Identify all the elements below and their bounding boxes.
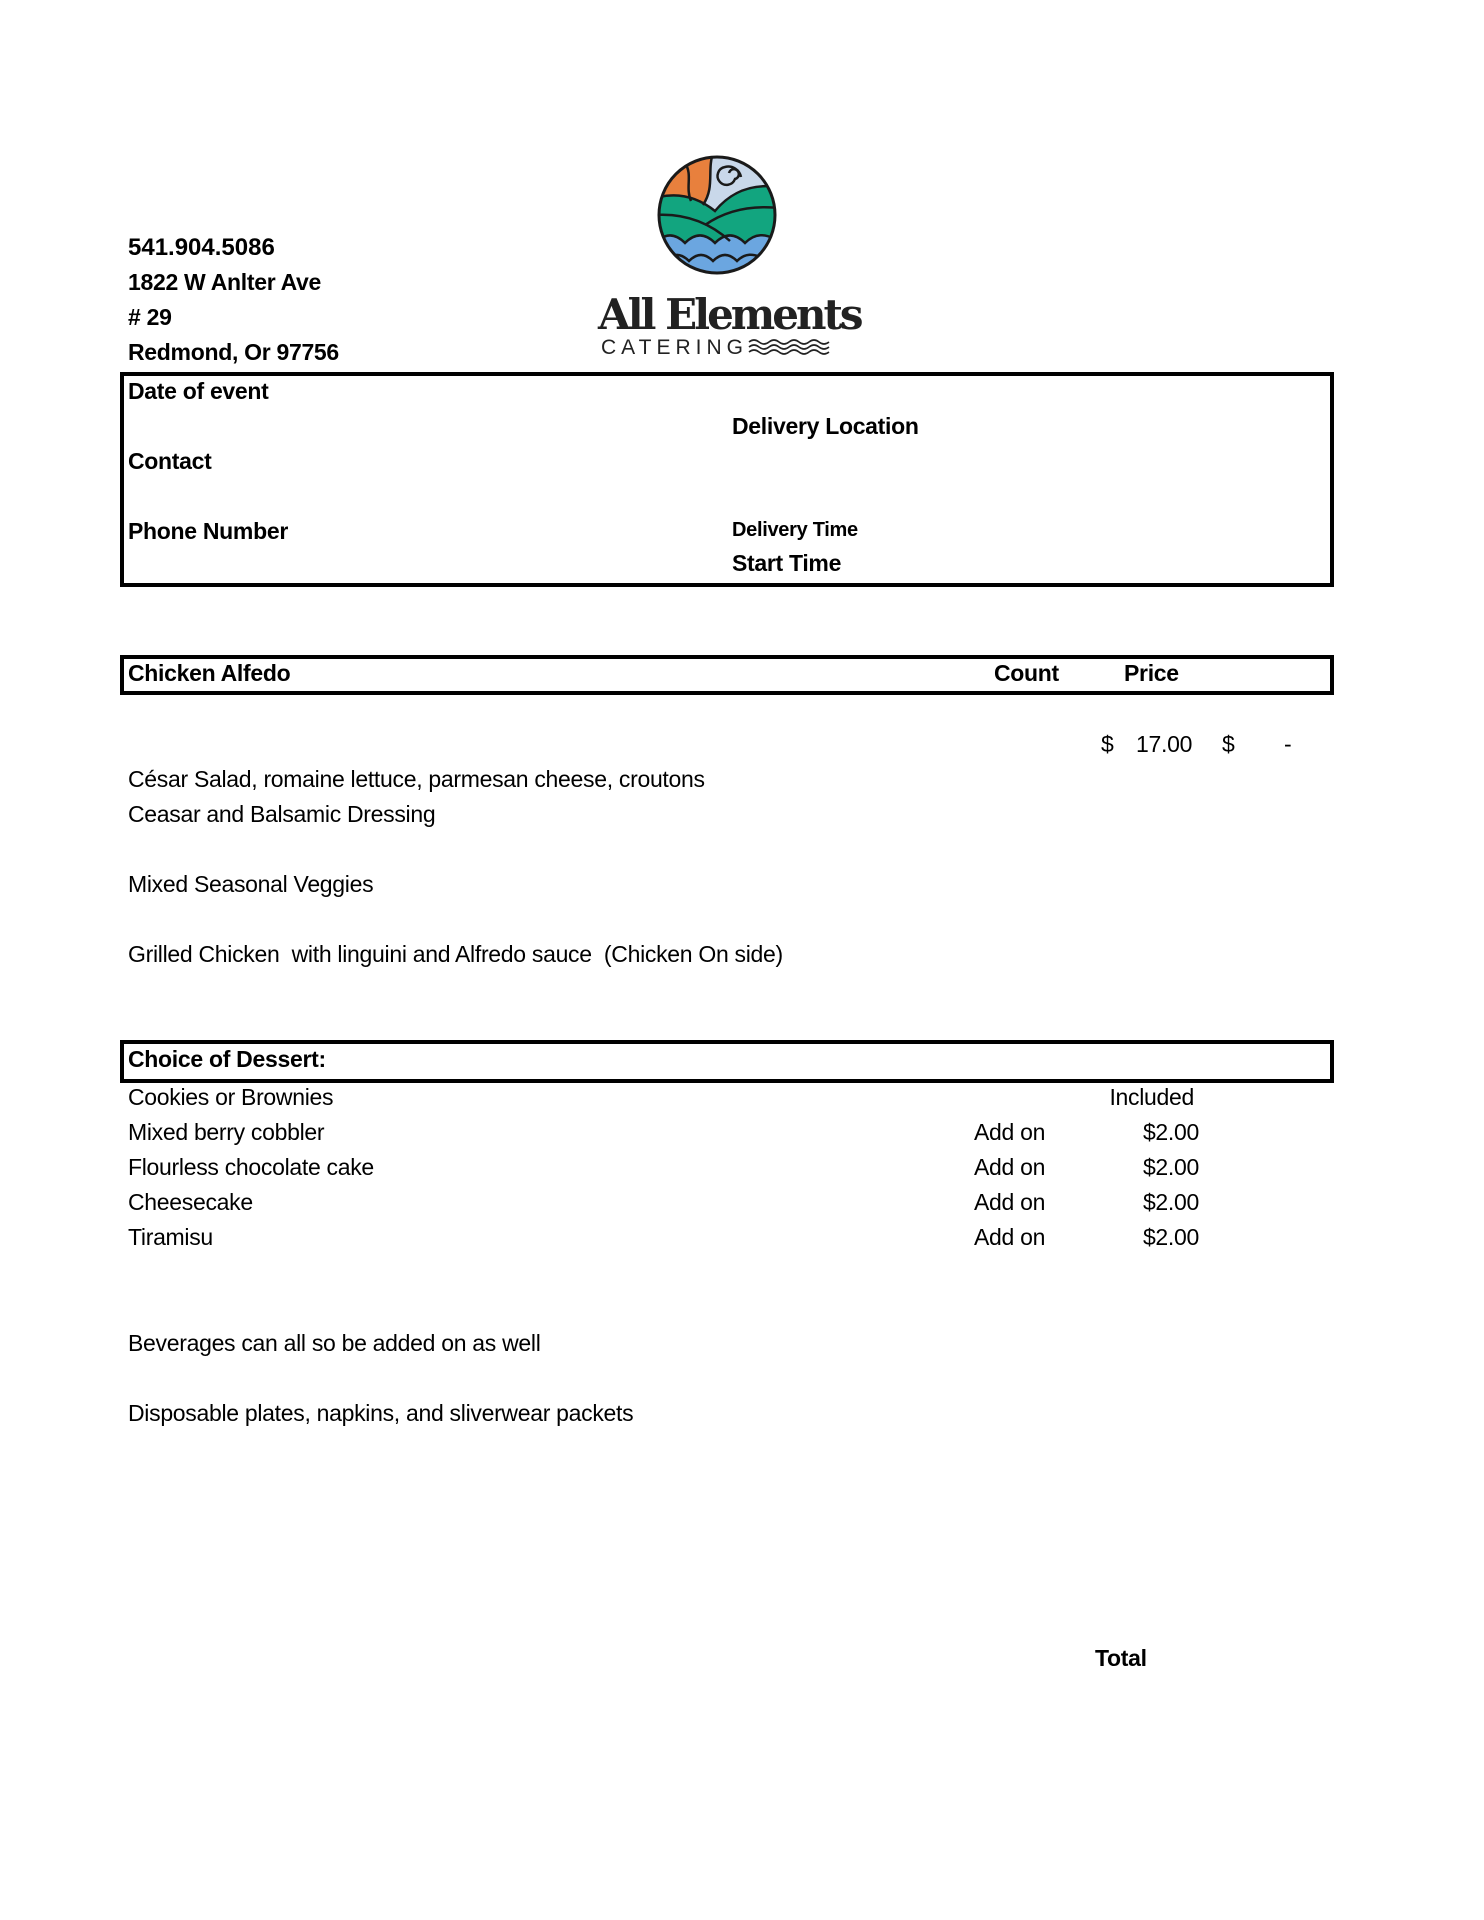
price-header: Price [1124,662,1179,685]
dessert-type: Add on [974,1226,1045,1249]
dessert-name: Tiramisu [128,1226,213,1249]
delivery-time-label: Delivery Time [732,520,858,540]
phone-number-label: Phone Number [128,520,288,543]
line-total-currency: $ [1222,733,1235,756]
price-currency: $ [1101,733,1114,756]
dessert-type: Add on [974,1191,1045,1214]
dessert-price: $2.00 [1080,1226,1199,1249]
dessert-price: $2.00 [1080,1121,1199,1144]
dessert-type: Add on [974,1156,1045,1179]
landscape-circle-logo-icon [655,153,779,277]
delivery-location-label: Delivery Location [732,415,919,438]
price-value: 17.00 [1136,733,1192,756]
dessert-price: $2.00 [1080,1191,1199,1214]
company-address-line1: 1822 W Anlter Ave [128,271,321,294]
company-address-line2: # 29 [128,306,172,329]
total-label: Total [1095,1647,1147,1670]
menu-item: Grilled Chicken with linguini and Alfred… [128,943,783,966]
dessert-price: Included [1040,1086,1194,1109]
date-of-event-label: Date of event [128,380,269,403]
dessert-price: $2.00 [1080,1156,1199,1179]
logo-name: All Elements [598,294,861,336]
note-beverages: Beverages can all so be added on as well [128,1332,541,1355]
dessert-name: Flourless chocolate cake [128,1156,374,1179]
menu-item: Ceasar and Balsamic Dressing [128,803,435,826]
dessert-name: Cheesecake [128,1191,253,1214]
dessert-name: Mixed berry cobbler [128,1121,324,1144]
dessert-type: Add on [974,1121,1045,1144]
dessert-name: Cookies or Brownies [128,1086,333,1109]
menu-item: Mixed Seasonal Veggies [128,873,373,896]
logo-subtitle: CATERING [601,337,748,358]
company-address-line3: Redmond, Or 97756 [128,341,339,364]
contact-label: Contact [128,450,212,473]
menu-item: César Salad, romaine lettuce, parmesan c… [128,768,705,791]
line-total-value: - [1284,733,1291,756]
waves-icon [748,338,834,356]
event-info-box [120,372,1334,587]
dessert-title: Choice of Dessert: [128,1048,326,1071]
count-header: Count [994,662,1059,685]
note-disposables: Disposable plates, napkins, and sliverwe… [128,1402,633,1425]
start-time-label: Start Time [732,552,841,575]
menu-title: Chicken Alfedo [128,662,290,685]
company-phone: 541.904.5086 [128,236,275,260]
